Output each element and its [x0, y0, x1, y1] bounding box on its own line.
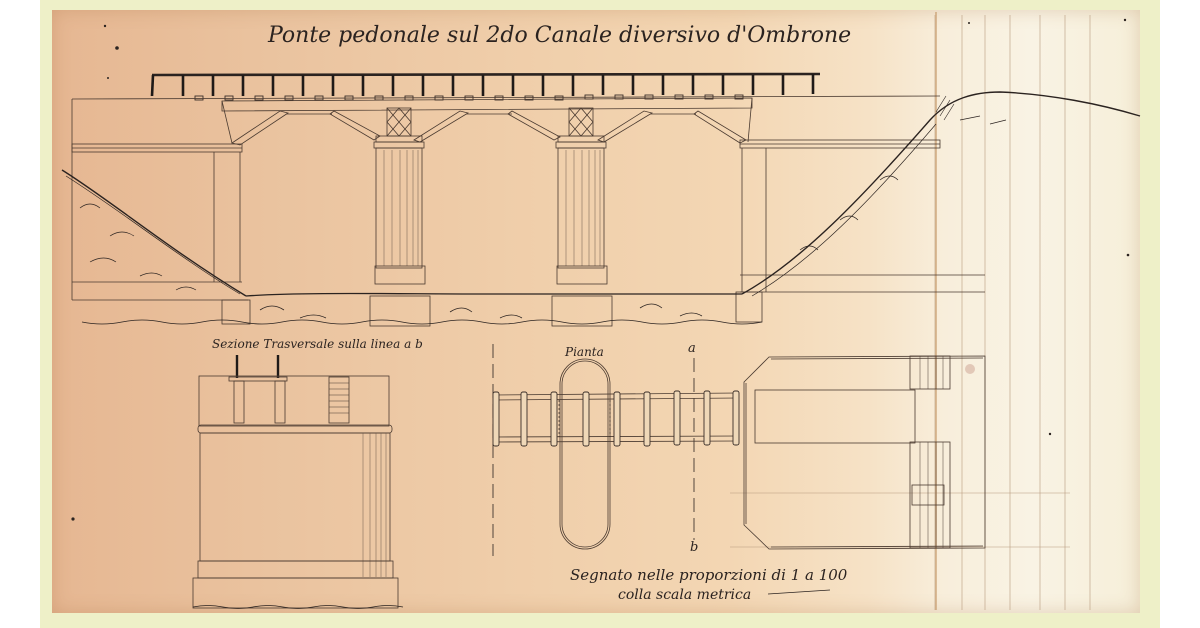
plan-marker-b: b [690, 540, 698, 555]
abutment-left [72, 144, 250, 324]
embankment-left [62, 170, 246, 296]
scale-note-line2: colla scala metrica [618, 587, 751, 603]
drawing-title: Ponte pedonale sul 2do Canale diversivo … [267, 23, 851, 48]
scale-note-line1: Segnato nelle proporzioni di 1 a 100 [570, 566, 848, 584]
section-label: Sezione Trasversale sulla linea a b [212, 337, 423, 351]
plan-view [493, 344, 985, 556]
bridge-drawing: Ponte pedonale sul 2do Canale diversivo … [0, 0, 1200, 628]
plan-label: Pianta [564, 345, 604, 359]
abutment-right [736, 140, 985, 322]
pier-lattice-left [376, 108, 422, 142]
riverbed [82, 294, 762, 325]
pier-lattice-right [558, 108, 604, 142]
abutment-plan [744, 356, 985, 549]
elevation-view [62, 74, 1140, 326]
embankment-right [742, 92, 1140, 296]
section-view [193, 355, 403, 609]
railing-posts [152, 74, 813, 96]
pier-left [370, 142, 430, 326]
plan-marker-a: a [688, 341, 696, 356]
pier-right [552, 142, 612, 326]
ink-spots [71, 19, 1129, 521]
